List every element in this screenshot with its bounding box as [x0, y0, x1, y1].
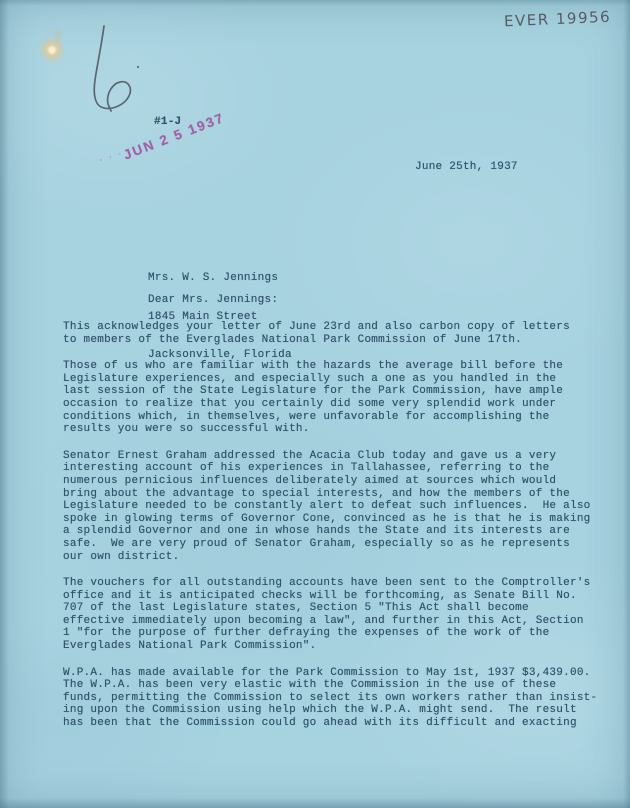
paper-stain — [34, 28, 74, 72]
pencil-flourish-mark — [88, 22, 158, 122]
letter-date: June 25th, 1937 — [415, 161, 518, 174]
recipient-name: Mrs. W. S. Jennings — [148, 272, 292, 285]
letter-paragraph: Senator Ernest Graham addressed the Acac… — [63, 450, 603, 563]
letter-paragraph: W.P.A. has made available for the Park C… — [63, 667, 603, 730]
letter-paragraph: The vouchers for all outstanding account… — [63, 577, 603, 653]
letter-page: EVER 19956 #1-J ... JUN 2 5 1937 June 25… — [0, 0, 630, 808]
letter-body: This acknowledges your letter of June 23… — [63, 321, 603, 744]
salutation: Dear Mrs. Jennings: — [148, 294, 278, 307]
catalog-number-handwritten: EVER 19956 — [504, 8, 612, 31]
letter-paragraph: Those of us who are familiar with the ha… — [63, 360, 603, 436]
letter-paragraph: This acknowledges your letter of June 23… — [63, 321, 603, 346]
